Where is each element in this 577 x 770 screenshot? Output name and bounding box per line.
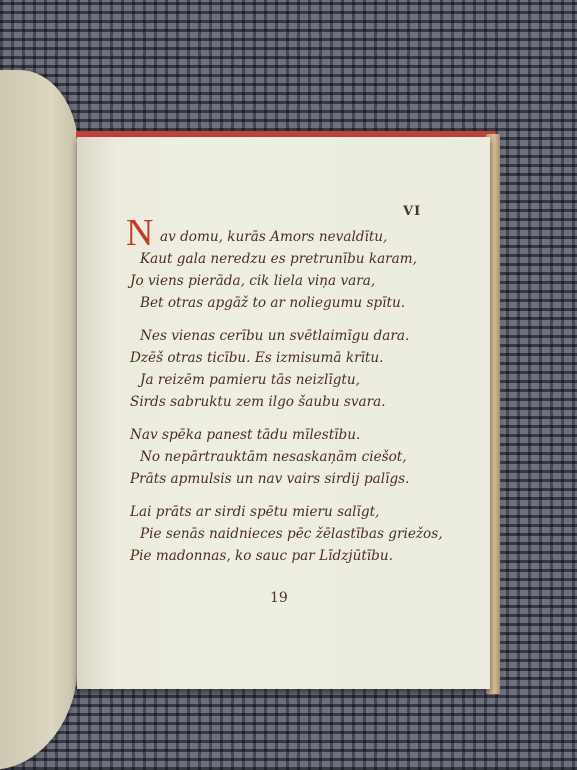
poem: N av domu, kurās Amors nevaldītu, Kaut g…	[130, 226, 470, 578]
poem-line: Pie madonnas, ko sauc par Līdzjūtību.	[130, 545, 470, 567]
poem-line: av domu, kurās Amors nevaldītu,	[130, 226, 470, 248]
poem-line: Jo viens pierāda, cik liela viņa vara,	[130, 270, 470, 292]
poem-line: Sirds sabruktu zem ilgo šaubu svara.	[130, 391, 470, 413]
stanza-2: Nes vienas cerību un svētlaimīgu dara. D…	[130, 325, 470, 413]
poem-line: Kaut gala neredzu es pretrunību karam,	[130, 248, 470, 270]
chapter-numeral: VI	[403, 204, 421, 219]
poem-line: Ja reizēm pamieru tās neizlīgtu,	[130, 369, 470, 391]
stanza-1: N av domu, kurās Amors nevaldītu, Kaut g…	[130, 226, 470, 314]
drop-cap: N	[126, 214, 153, 252]
page-number: 19	[270, 590, 288, 606]
stanza-4: Lai prāts ar sirdi spētu mieru salīgt, P…	[130, 501, 470, 567]
poem-line: Lai prāts ar sirdi spētu mieru salīgt,	[130, 501, 470, 523]
poem-line: Prāts apmulsis un nav vairs sirdij palīg…	[130, 468, 470, 490]
poem-line: Dzēš otras ticību. Es izmisumā krītu.	[130, 347, 470, 369]
poem-line: Bet otras apgāž to ar noliegumu spītu.	[130, 292, 470, 314]
poem-line: Nav spēka panest tādu mīlestību.	[130, 424, 470, 446]
poem-line: No nepārtrauktām nesaskaņām ciešot,	[130, 446, 470, 468]
poem-line: Pie senās naidnieces pēc žēlastības grie…	[130, 523, 470, 545]
left-page-edge	[0, 70, 78, 770]
stanza-3: Nav spēka panest tādu mīlestību. No nepā…	[130, 424, 470, 490]
poem-line: Nes vienas cerību un svētlaimīgu dara.	[130, 325, 470, 347]
